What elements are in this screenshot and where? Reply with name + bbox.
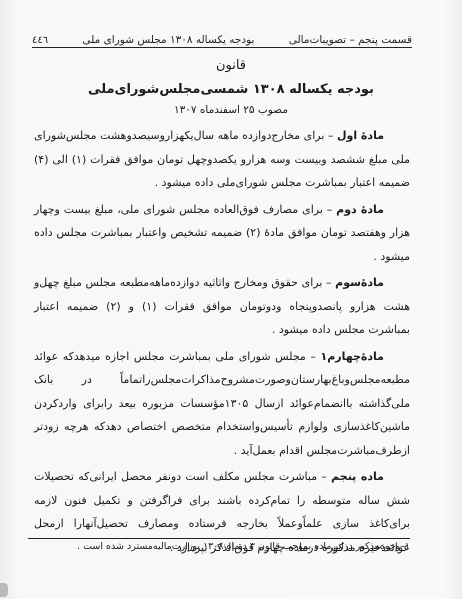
- footnote-rule: [28, 538, 410, 539]
- law-heading: قانون: [0, 58, 462, 73]
- law-title: بودجه یکساله ۱۳۰۸ شمسی‌مجلس‌شورای‌ملی: [0, 82, 462, 97]
- section-title: قسمت پنجم – تصویبات‌مالی: [289, 34, 412, 46]
- law-body: مادهٔ اول – برای مخارج‌دوازده ماهه سال‌ی…: [34, 124, 410, 562]
- article-label: مادهٔ اول: [337, 129, 384, 142]
- scanned-page: قسمت پنجم – تصویبات‌مالی بودجه یکساله ۱۳…: [0, 0, 462, 599]
- article-text: – مجلس شورای ملی بمباشرت مجلس اجازه میده…: [34, 350, 410, 457]
- header-rule: [32, 47, 412, 48]
- article-label: مادهٔ دوم: [336, 203, 384, 216]
- article-3: مادهٔ‌سوم – برای حقوق ومخارج واثاثیه دوا…: [34, 271, 410, 342]
- page-number: ٤٤٦: [32, 35, 48, 46]
- running-header: قسمت پنجم – تصویبات‌مالی بودجه یکساله ۱۳…: [32, 28, 412, 46]
- footnote: ۱–وجوه‌مذکور دراین‌ماده بموجب قانون ۳ دی…: [34, 541, 410, 552]
- approval-date: مصوب ۲۵ اسفندماه ۱۳۰۷: [0, 104, 462, 116]
- article-2: مادهٔ دوم – برای مصارف فوق‌العاده مجلس ش…: [34, 198, 410, 269]
- running-title: بودجه یکساله ۱۳۰۸ مجلس شورای ملی: [82, 34, 254, 46]
- article-label: مادهٔ‌چهارم۱: [320, 350, 384, 363]
- article-1: مادهٔ اول – برای مخارج‌دوازده ماهه سال‌ی…: [34, 124, 410, 195]
- scan-edge-mark: [0, 583, 8, 597]
- article-4: مادهٔ‌چهارم۱ – مجلس شورای ملی بمباشرت مج…: [34, 345, 410, 463]
- article-label: مادهٔ‌سوم: [335, 276, 384, 289]
- article-label: ماده پنجم: [331, 470, 384, 483]
